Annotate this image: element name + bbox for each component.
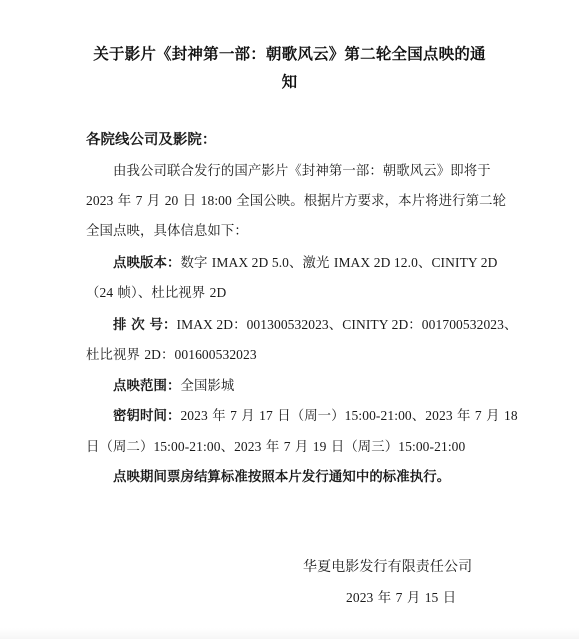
text: 月 xyxy=(402,591,424,606)
text: 2023 xyxy=(234,439,261,454)
intro-line-2: 2023 年 7 月 20 日 18:00 全国公映。根据片方要求，本片将进行第… xyxy=(86,190,506,209)
text: 全国公映。根据片方要求，本片将进行第二轮 xyxy=(232,194,506,209)
version-imax-digital: IMAX 2D 5.0 xyxy=(212,255,289,270)
text: 日 xyxy=(178,194,200,209)
key-time-slot-3: 15:00-21:00 xyxy=(398,439,465,454)
key-time-slot-2: 15:00-21:00 xyxy=(153,439,220,454)
serial-cinity: 001700532023 xyxy=(422,317,504,332)
intro-line-3: 全国点映，具体信息如下： xyxy=(86,220,248,239)
text: 19 xyxy=(313,439,327,454)
signature-company: 华夏电影发行有限责任公司 xyxy=(303,556,472,576)
frame-rate: 24 xyxy=(100,285,114,300)
text: 日（周一） xyxy=(273,409,345,424)
text: 18 xyxy=(504,408,518,423)
text: 日（周三） xyxy=(326,440,398,455)
text: 年 xyxy=(373,591,395,606)
version-cinity: CINITY 2D xyxy=(431,255,497,270)
document-title-line-1: 关于影片《封神第一部：朝歌风云》第二轮全国点映的通 xyxy=(60,42,519,64)
key-time-slot-1: 15:00-21:00 xyxy=(345,408,412,423)
text: 、 xyxy=(221,440,235,455)
version-imax-laser: IMAX 2D 12.0 xyxy=(334,255,418,270)
text: 7 xyxy=(475,408,482,423)
release-day: 20 xyxy=(165,193,179,208)
text: 、 xyxy=(504,318,518,333)
text: 帧）、杜比视界 xyxy=(113,286,209,301)
serial-imax: 001300532023 xyxy=(247,317,329,332)
text: ： xyxy=(408,318,422,333)
text: 、激光 xyxy=(289,256,334,271)
text: 日 xyxy=(438,591,456,606)
text: 年 xyxy=(453,409,475,424)
version-dolby: 2D xyxy=(210,285,227,300)
text: （ xyxy=(86,286,100,301)
release-time: 18:00 xyxy=(201,193,232,208)
key-time-line-2: 日（周二）15:00-21:00、2023 年 7 月 19 日（周三）15:0… xyxy=(86,436,465,455)
text: 年 xyxy=(261,440,283,455)
serial-line-2: 杜比视界 2D：001600532023 xyxy=(86,344,257,363)
serial-line-1: 排 次 号：IMAX 2D：001300532023、CINITY 2D：001… xyxy=(113,314,518,333)
serial-label: 排 次 号： xyxy=(113,318,177,333)
text: 月 xyxy=(237,409,259,424)
scope-line: 点映范围：全国影城 xyxy=(113,375,234,394)
document-title-line-2: 知 xyxy=(60,70,519,92)
text: 年 xyxy=(113,194,135,209)
text: 15 xyxy=(425,590,439,605)
signature-date: 2023 年 7 月 15 日 xyxy=(346,587,456,606)
text: ： xyxy=(161,348,175,363)
text: 月 xyxy=(291,440,313,455)
text: 、 xyxy=(418,256,432,271)
text: 2023 xyxy=(425,408,452,423)
text: 年 xyxy=(208,409,230,424)
text: 2023 xyxy=(180,408,207,423)
versions-line-2: （24 帧）、杜比视界 2D xyxy=(86,282,226,301)
text: IMAX 2D xyxy=(177,317,234,332)
salutation: 各院线公司及影院： xyxy=(86,128,216,149)
text: 7 xyxy=(284,439,291,454)
versions-label: 点映版本： xyxy=(113,256,180,271)
document-page: 关于影片《封神第一部：朝歌风云》第二轮全国点映的通 知 各院线公司及影院： 由我… xyxy=(0,0,579,639)
text: 2D xyxy=(144,347,161,362)
text: 杜比视界 xyxy=(86,348,144,363)
text: 、 xyxy=(329,318,343,333)
versions-line-1: 点映版本：数字 IMAX 2D 5.0、激光 IMAX 2D 12.0、CINI… xyxy=(113,252,497,271)
text: 、 xyxy=(412,409,426,424)
scope-value: 全国影城 xyxy=(180,379,234,394)
intro-text: 由我公司联合发行的国产影片《封神第一部：朝歌风云》即将于 xyxy=(113,164,491,179)
text: ： xyxy=(233,318,247,333)
text: 17 xyxy=(259,408,273,423)
intro-line-1: 由我公司联合发行的国产影片《封神第一部：朝歌风云》即将于 xyxy=(113,160,491,179)
key-time-line-1: 密钥时间：2023 年 7 月 17 日（周一）15:00-21:00、2023… xyxy=(113,405,518,424)
text: 数字 xyxy=(180,256,211,271)
text: 7 xyxy=(230,408,237,423)
scope-label: 点映范围： xyxy=(113,379,180,394)
serial-dolby: 001600532023 xyxy=(175,347,257,362)
release-year: 2023 xyxy=(86,193,113,208)
text: 月 xyxy=(482,409,504,424)
key-time-label: 密钥时间： xyxy=(113,409,180,424)
text: 2023 xyxy=(346,590,373,605)
text: 日（周二） xyxy=(86,440,153,455)
settlement-note: 点映期间票房结算标准按照本片发行通知中的标准执行。 xyxy=(113,466,450,485)
text: 月 xyxy=(142,194,164,209)
text: CINITY 2D xyxy=(342,317,408,332)
